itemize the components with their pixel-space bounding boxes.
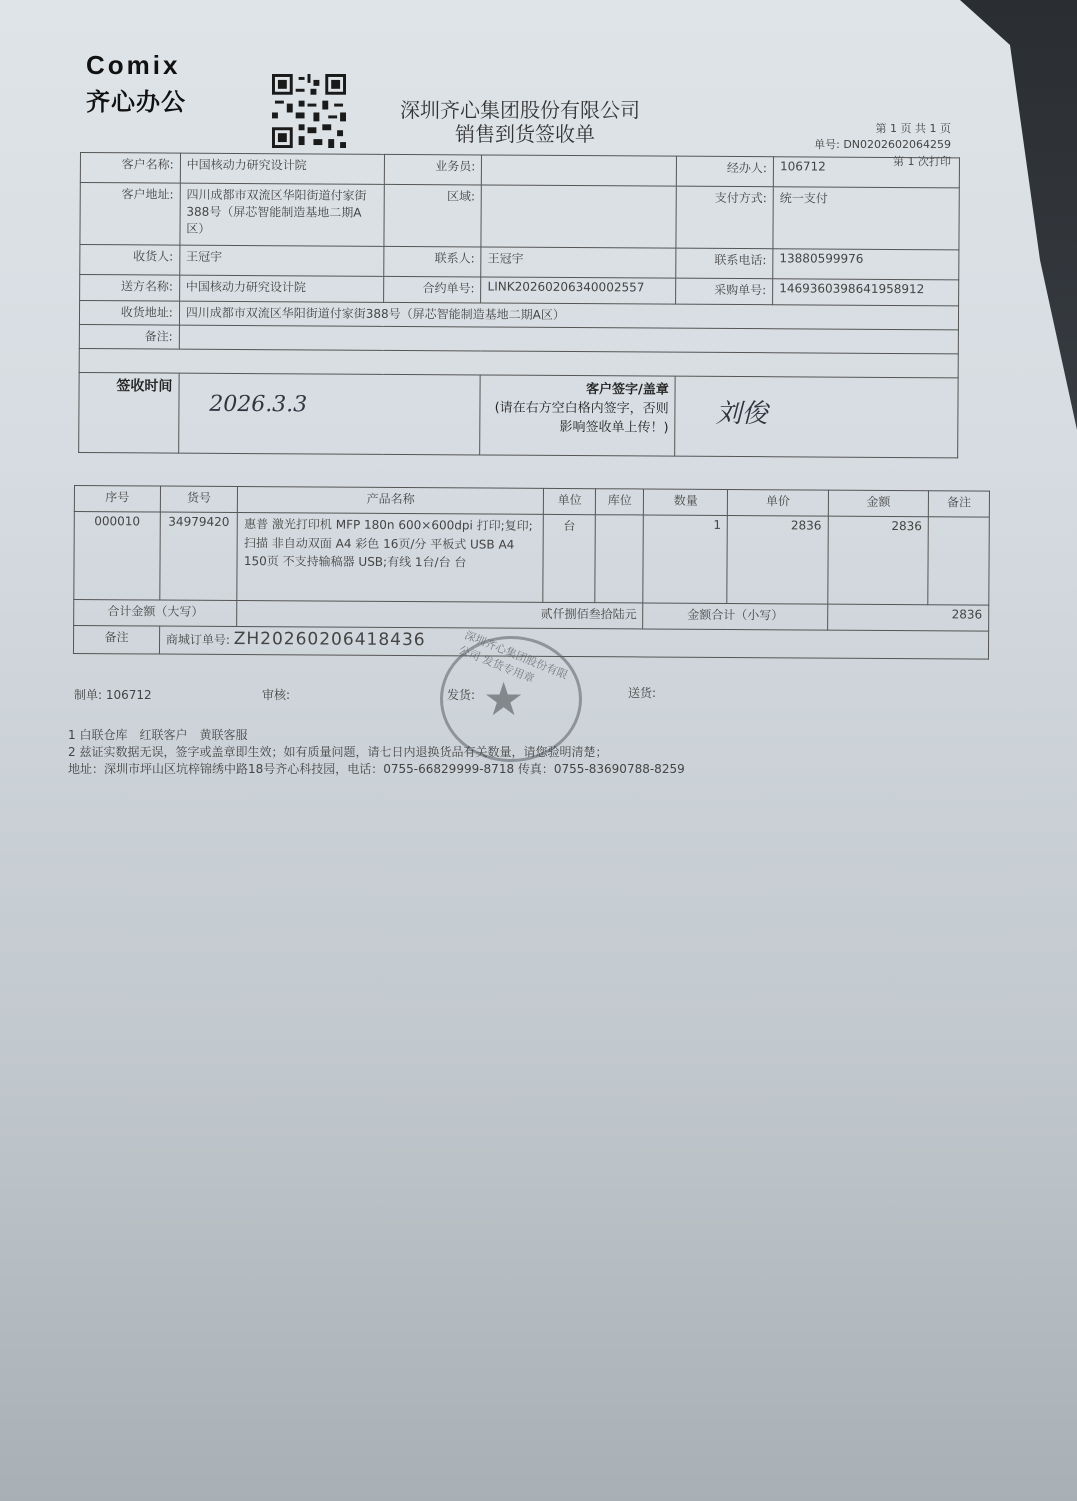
customer-address: 四川成都市双流区华阳街道付家街388号（屏芯智能制造基地二期A区） xyxy=(180,183,385,246)
region-label: 区域: xyxy=(384,184,481,247)
items-table: 序号 货号 产品名称 单位 库位 数量 单价 金额 备注 000010 3497… xyxy=(73,485,990,660)
doc-number: 单号: DN0202602064259 xyxy=(814,136,951,152)
total-lower-label: 金额合计（小写） xyxy=(643,603,827,630)
col-location: 库位 xyxy=(596,489,644,515)
signature-label: 客户签字/盖章 xyxy=(487,377,669,397)
logo-chinese: 齐心办公 xyxy=(86,82,186,117)
col-sku: 货号 xyxy=(160,486,238,512)
payment-method: 统一支付 xyxy=(773,187,959,250)
logo-comix: Comix xyxy=(86,50,180,81)
item-amount: 2836 xyxy=(827,516,928,605)
phone: 13880599976 xyxy=(773,249,959,280)
copies-note: 1 白联仓库 红联客户 黄联客服 xyxy=(68,726,247,743)
customer-signature: 刘俊 xyxy=(675,376,958,458)
col-amount: 金额 xyxy=(828,490,929,517)
total-upper-label: 合计金额（大写） xyxy=(74,600,238,627)
salesperson xyxy=(482,155,677,186)
doc-number-label: 单号: xyxy=(814,138,840,151)
qr-code-icon xyxy=(272,73,346,149)
doc-number-value: DN0202602064259 xyxy=(843,138,951,151)
item-product: 惠普 激光打印机 MFP 180n 600×600dpi 打印;复印;扫描 非自… xyxy=(237,513,543,603)
mall-order-number: ZH20260206418436 xyxy=(234,629,426,650)
salesperson-label: 业务员: xyxy=(385,154,482,185)
col-seq: 序号 xyxy=(74,486,160,513)
po-label: 采购单号: xyxy=(676,278,773,305)
payment-label: 支付方式: xyxy=(676,186,773,249)
total-lower-value: 2836 xyxy=(827,604,988,631)
remarks-label: 备注: xyxy=(79,324,179,349)
document-title: 销售到货签收单 xyxy=(455,118,595,147)
contract-label: 合约单号: xyxy=(384,276,481,303)
review-label: 审核: xyxy=(262,686,290,703)
ship-to-label: 送方名称: xyxy=(80,275,180,302)
po-number: 1469360398641958912 xyxy=(773,279,959,306)
handler-label: 经办人: xyxy=(677,156,774,187)
mall-order: 商城订单号: ZH20260206418436 xyxy=(159,626,988,659)
col-product: 产品名称 xyxy=(238,487,544,515)
customer-info-table: 客户名称: 中国核动力研究设计院 业务员: 经办人: 106712 客户地址: … xyxy=(78,152,960,458)
signature-note: (请在右方空白格内签字，否则影响签收单上传！) xyxy=(487,396,669,435)
col-unit-price: 单价 xyxy=(728,489,829,516)
col-note: 备注 xyxy=(929,491,990,517)
item-note xyxy=(928,517,989,605)
col-unit: 单位 xyxy=(543,488,595,514)
contact: 王冠宇 xyxy=(481,247,676,278)
item-unit: 台 xyxy=(543,514,596,602)
customer-name: 中国核动力研究设计院 xyxy=(180,153,385,184)
contact-label: 联系人: xyxy=(384,246,481,277)
handler: 106712 xyxy=(773,157,959,188)
total-upper-value: 贰仟捌佰叁拾陆元 xyxy=(237,600,643,628)
terms-note: 2 兹证实数据无误，签字或盖章即生效；如有质量问题，请七日内退换货品有关数量，请… xyxy=(68,743,607,760)
item-seq: 000010 xyxy=(74,512,160,601)
col-qty: 数量 xyxy=(644,489,728,516)
phone-label: 联系电话: xyxy=(676,248,773,279)
item-sku: 34979420 xyxy=(160,512,238,600)
customer-name-label: 客户名称: xyxy=(80,153,180,184)
page-info: 第 1 页 共 1 页 xyxy=(876,120,951,136)
region xyxy=(481,185,676,248)
item-unit-price: 2836 xyxy=(727,515,828,604)
company-address: 地址：深圳市坪山区坑梓锦绣中路18号齐心科技园，电话：0755-66829999… xyxy=(68,760,685,777)
maker: 制单: 106712 xyxy=(74,686,152,703)
contract-number: LINK20260206340002557 xyxy=(481,277,676,304)
table-row: 000010 34979420 惠普 激光打印机 MFP 180n 600×60… xyxy=(74,512,990,606)
delivery-address-label: 收货地址: xyxy=(79,301,179,326)
sign-time-handwritten: 2026.3.3 xyxy=(178,373,480,455)
signature-instructions: 客户签字/盖章 (请在右方空白格内签字，否则影响签收单上传！) xyxy=(480,375,675,456)
mall-order-label: 商城订单号: xyxy=(166,633,230,647)
remark-label: 备注 xyxy=(73,626,159,655)
maker-label: 制单: xyxy=(74,688,102,702)
delivery-label: 送货: xyxy=(628,684,656,701)
consignee: 王冠宇 xyxy=(180,245,385,276)
consignee-label: 收货人: xyxy=(80,245,180,276)
item-qty: 1 xyxy=(643,515,727,604)
ship-to: 中国核动力研究设计院 xyxy=(179,275,384,302)
customer-address-label: 客户地址: xyxy=(80,183,180,246)
item-location xyxy=(595,515,644,603)
sign-time-label: 签收时间 xyxy=(79,372,179,453)
maker-value: 106712 xyxy=(106,688,152,702)
